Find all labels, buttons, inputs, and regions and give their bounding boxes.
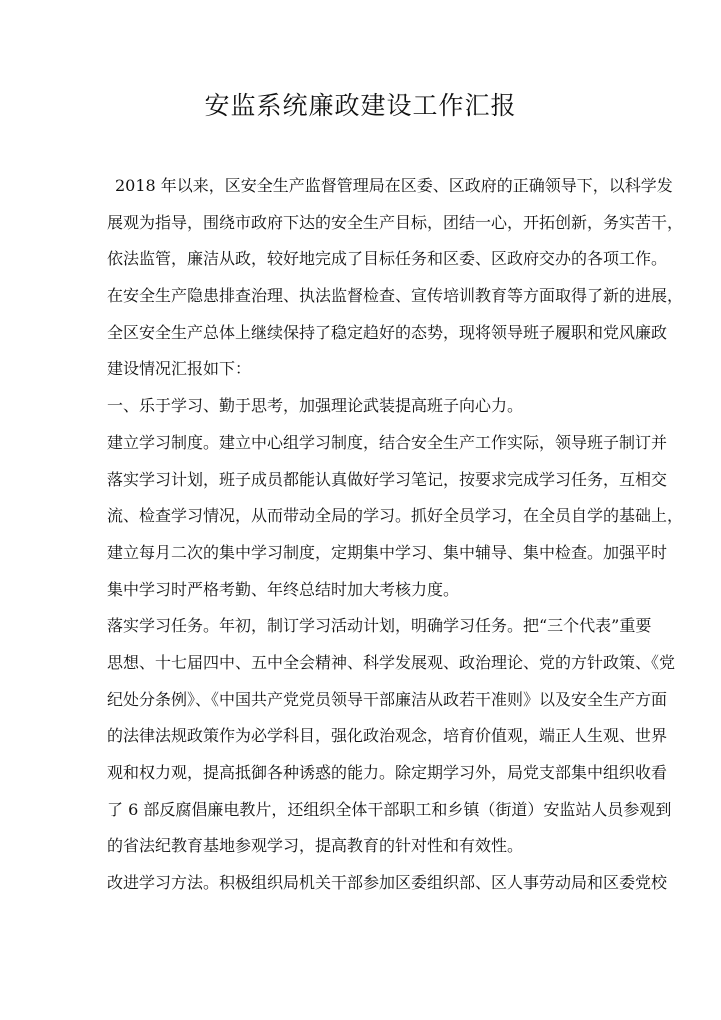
text-line: 了 6 部反腐倡廉电教片，还组织全体干部职工和乡镇（街道）安监站人员参观到: [107, 792, 617, 829]
document-body: 2018 年以来，区安全生产监督管理局在区委、区政府的正确领导下，以科学发 展观…: [107, 168, 617, 902]
section-heading: 一、乐于学习、勤于思考，加强理论武装提高班子向心力。: [107, 388, 617, 425]
text-line: 落实学习任务。年初，制订学习活动计划，明确学习任务。把“三个代表”重要: [107, 608, 617, 645]
text-line: 建立学习制度。建立中心组学习制度，结合安全生产工作实际，领导班子制订并: [107, 425, 617, 462]
text-line: 落实学习计划，班子成员都能认真做好学习笔记，按要求完成学习任务，互相交: [107, 462, 617, 499]
document-page: 安监系统廉政建设工作汇报 2018 年以来，区安全生产监督管理局在区委、区政府的…: [0, 0, 721, 1020]
text-line: 的法律法规政策作为必学科目，强化政治观念，培育价值观，端正人生观、世界: [107, 718, 617, 755]
text-line: 集中学习时严格考勤、年终总结时加大考核力度。: [107, 572, 617, 609]
text-line: 观和权力观，提高抵御各种诱惑的能力。除定期学习外，局党支部集中组织收看: [107, 755, 617, 792]
text-line: 建立每月二次的集中学习制度，定期集中学习、集中辅导、集中检查。加强平时: [107, 535, 617, 572]
text-line: 依法监管，廉洁从政，较好地完成了目标任务和区委、区政府交办的各项工作。: [107, 241, 617, 278]
document-title: 安监系统廉政建设工作汇报: [0, 86, 721, 126]
text-line: 建设情况汇报如下：: [107, 351, 617, 388]
text-line: 纪处分条例》、《中国共产党党员领导干部廉洁从政若干准则》以及安全生产方面: [107, 682, 617, 719]
text-line: 的省法纪教育基地参观学习，提高教育的针对性和有效性。: [107, 828, 617, 865]
text-line: 改进学习方法。积极组织局机关干部参加区委组织部、区人事劳动局和区委党校: [107, 865, 617, 902]
text-line: 思想、十七届四中、五中全会精神、科学发展观、政治理论、党的方针政策、《党: [107, 645, 617, 682]
text-line: 全区安全生产总体上继续保持了稳定趋好的态势，现将领导班子履职和党风廉政: [107, 315, 617, 352]
text-line: 在安全生产隐患排查治理、执法监督检查、宣传培训教育等方面取得了新的进展，: [107, 278, 617, 315]
text-line: 2018 年以来，区安全生产监督管理局在区委、区政府的正确领导下，以科学发: [107, 168, 617, 205]
text-line: 展观为指导，围绕市政府下达的安全生产目标，团结一心，开拓创新，务实苦干，: [107, 205, 617, 242]
text-line: 流、检查学习情况，从而带动全局的学习。抓好全员学习，在全员自学的基础上，: [107, 498, 617, 535]
